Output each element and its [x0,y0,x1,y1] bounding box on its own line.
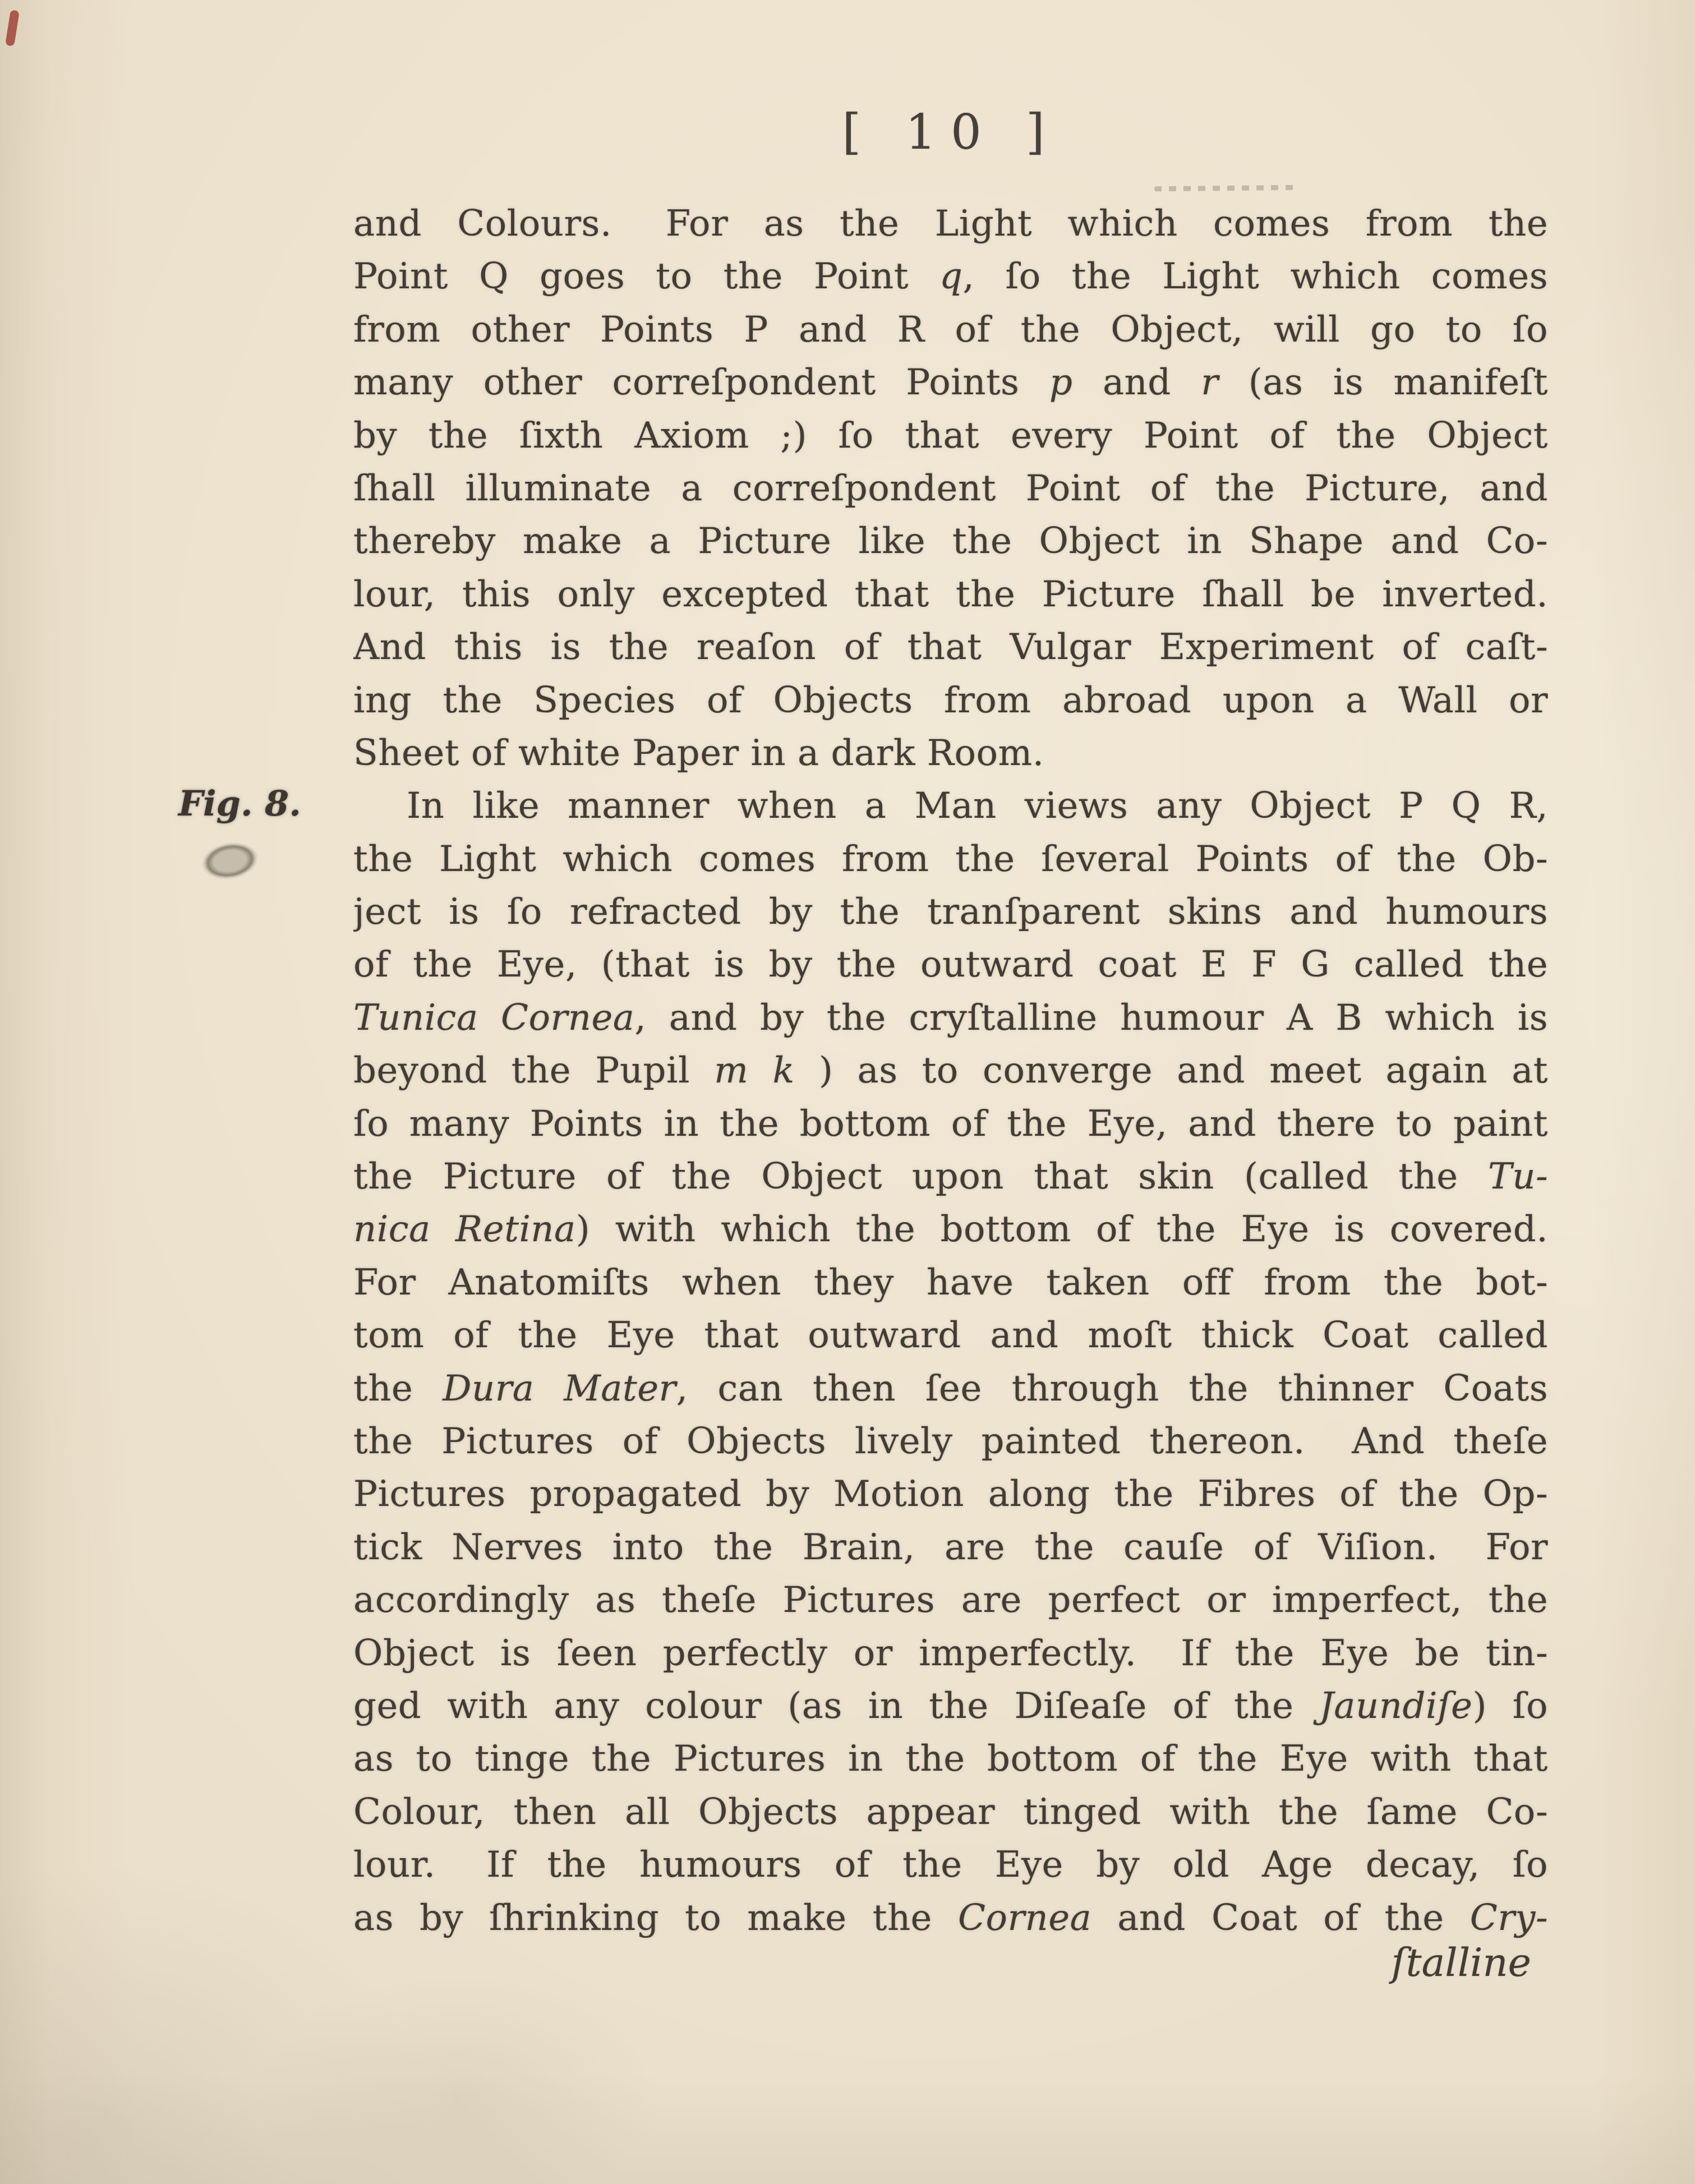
text-line: beyond the Pupil m k ) as to converge an… [353,1044,1548,1097]
roman-text: , ſo the Light which comes [963,256,1548,297]
text-line: nica Retina) with which the bottom of th… [353,1203,1548,1256]
roman-text: ſo many Points in the bottom of the Eye,… [353,1103,1548,1145]
text-line: many other correſpondent Points p and r … [353,356,1548,409]
page-number: [ 10 ] [353,104,1548,160]
text-line: Sheet of white Paper in a dark Room. [353,727,1548,780]
roman-text: and Colours. For as the Light which come… [353,203,1548,245]
roman-text: by the ſixth Axiom ;) ſo that every Poin… [353,415,1548,457]
roman-text: the Picture of the Object upon that skin… [353,1156,1488,1197]
italic-text: r [1201,362,1218,403]
book-page: [ 10 ] Fig. 8. and Colours. For as the L… [0,0,1695,2184]
text-line: lour, this only excepted that the Pictur… [353,568,1548,621]
figure-margin-note: Fig. 8. [178,783,301,824]
roman-text: the [353,1368,443,1409]
roman-text: the Light which comes from the ſeveral P… [353,838,1548,880]
roman-text: ged with any colour (as in the Diſeaſe o… [353,1685,1319,1727]
text-line: ject is ſo refracted by the tranſparent … [353,886,1548,938]
text-line: by the ſixth Axiom ;) ſo that every Poin… [353,409,1548,462]
roman-text: ject is ſo refracted by the tranſparent … [353,891,1548,933]
text-line: from other Points P and R of the Object,… [353,303,1548,356]
roman-text: and Coat of the [1091,1897,1470,1939]
roman-text: as by ſhrinking to make the [353,1897,958,1939]
roman-text: Object is ſeen perfectly or imperfectly.… [353,1633,1548,1674]
text-line: Pictures propagated by Motion along the … [353,1468,1548,1520]
text-line: lour. If the humours of the Eye by old A… [353,1839,1548,1891]
body-text: and Colours. For as the Light which come… [353,197,1548,1945]
text-line: Point Q goes to the Point q, ſo the Ligh… [353,250,1548,303]
text-line: of the Eye, (that is by the outward coat… [353,938,1548,991]
text-line: tick Nerves into the Brain, are the cauſ… [353,1521,1548,1574]
red-ink-mark [5,10,20,47]
roman-text: tick Nerves into the Brain, are the cauſ… [353,1527,1548,1568]
text-line: ged with any colour (as in the Diſeaſe o… [353,1680,1548,1733]
roman-text: Colour, then all Objects appear tinged w… [353,1791,1548,1833]
text-line: and Colours. For as the Light which come… [353,197,1548,250]
roman-text: lour. If the humours of the Eye by old A… [353,1844,1548,1886]
roman-text: and [1072,362,1201,403]
roman-text: , and by the cryſtalline humour A B whic… [634,997,1548,1039]
italic-text: Dura Mater [443,1368,676,1409]
roman-text: thereby make a Picture like the Object i… [353,520,1548,562]
text-line: Object is ſeen perfectly or imperfectly.… [353,1627,1548,1680]
text-line: And this is the reaſon of that Vulgar Ex… [353,621,1548,674]
roman-text: many other correſpondent Points [353,362,1049,403]
roman-text: Point Q goes to the Point [353,256,939,297]
roman-text: And this is the reaſon of that Vulgar Ex… [353,626,1548,668]
roman-text: ing the Species of Objects from abroad u… [353,680,1548,721]
text-line: ing the Species of Objects from abroad u… [353,674,1548,727]
print-offset-artifact [1154,185,1296,192]
text-line: accordingly as theſe Pictures are perfec… [353,1574,1548,1627]
text-line: the Picture of the Object upon that skin… [353,1150,1548,1203]
roman-text: , can then ſee through the thinner Coats [676,1368,1548,1409]
italic-text: q [939,256,962,297]
italic-text: Tunica Cornea [353,997,634,1039]
roman-text: beyond the Pupil [353,1050,714,1091]
roman-text: In like manner when a Man views any Obje… [407,785,1548,827]
text-line: the Dura Mater, can then ſee through the… [353,1362,1548,1415]
italic-text: Cry- [1470,1897,1548,1939]
roman-text: from other Points P and R of the Object,… [353,309,1548,351]
roman-text: the Pictures of Objects lively painted t… [353,1421,1548,1462]
roman-text: tom of the Eye that outward and moſt thi… [353,1315,1548,1356]
italic-text: Tu- [1488,1156,1548,1197]
text-line: In like manner when a Man views any Obje… [353,780,1548,832]
roman-text: lour, this only excepted that the Pictur… [353,574,1548,615]
text-line: the Light which comes from the ſeveral P… [353,833,1548,886]
text-line: thereby make a Picture like the Object i… [353,515,1548,568]
italic-text: p [1049,362,1072,403]
roman-text: ) as to converge and meet again at [795,1050,1548,1091]
catchword: ſtalline [353,1939,1531,1985]
text-line: Tunica Cornea, and by the cryſtalline hu… [353,992,1548,1044]
text-line: ſo many Points in the bottom of the Eye,… [353,1098,1548,1150]
roman-text: For Anatomiſts when they have taken off … [353,1262,1548,1303]
roman-text: accordingly as theſe Pictures are perfec… [353,1579,1548,1621]
roman-text: ſhall illuminate a correſpondent Point o… [353,468,1548,509]
roman-text: (as is manifeſt [1218,362,1548,403]
text-line: For Anatomiſts when they have taken off … [353,1256,1548,1309]
ink-smudge [194,835,265,887]
roman-text: Pictures propagated by Motion along the … [353,1473,1548,1515]
text-line: as by ſhrinking to make the Cornea and C… [353,1892,1548,1945]
text-line: the Pictures of Objects lively painted t… [353,1415,1548,1468]
italic-text: m k [714,1050,795,1091]
roman-text: as to tinge the Pictures in the bottom o… [353,1738,1548,1780]
roman-text: Sheet of white Paper in a dark Room. [353,732,1044,774]
text-line: tom of the Eye that outward and moſt thi… [353,1309,1548,1362]
roman-text: ) with which the bottom of the Eye is co… [576,1209,1548,1250]
text-line: ſhall illuminate a correſpondent Point o… [353,462,1548,515]
text-line: Colour, then all Objects appear tinged w… [353,1786,1548,1839]
italic-text: nica Retina [353,1209,576,1250]
text-line: as to tinge the Pictures in the bottom o… [353,1733,1548,1785]
italic-text: Cornea [958,1897,1091,1939]
italic-text: Jaundiſe [1319,1685,1472,1727]
roman-text: ) ſo [1472,1685,1548,1727]
roman-text: of the Eye, (that is by the outward coat… [353,944,1548,985]
